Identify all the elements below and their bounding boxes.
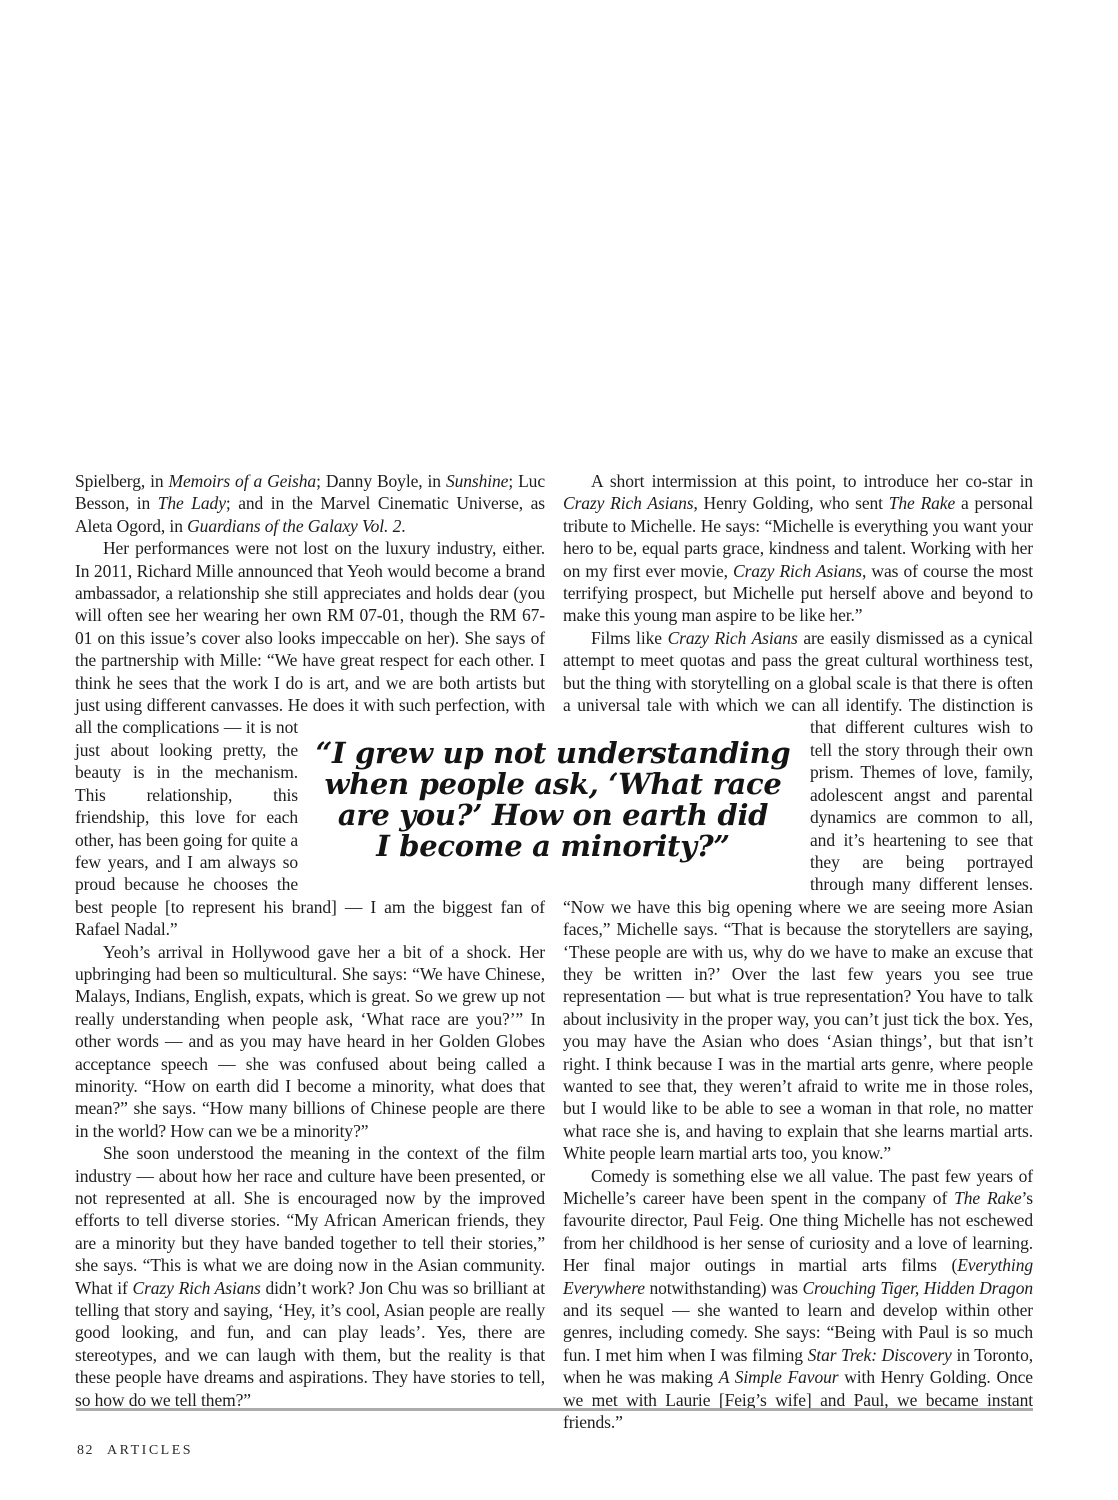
article-body: Spielberg, in Memoirs of a Geisha; Danny… [75, 470, 1033, 1433]
pull-quote: “I grew up not understanding when people… [303, 738, 803, 862]
pull-quote-line: “I grew up not understanding [303, 738, 803, 769]
paragraph: A short intermission at this point, to i… [563, 470, 1033, 627]
left-column: Spielberg, in Memoirs of a Geisha; Danny… [75, 470, 545, 1433]
pull-quote-line: are you?’ How on earth did [303, 800, 803, 831]
paragraph: Comedy is something else we all value. T… [563, 1165, 1033, 1434]
section-label: ARTICLES [107, 1443, 193, 1459]
pull-quote-line: when people ask, ‘What race [303, 769, 803, 800]
pull-quote-line: I become a minority?” [303, 831, 803, 862]
paragraph-text: Films like Crazy Rich Asians are easily … [563, 628, 1033, 715]
page-number: 82 [77, 1443, 94, 1459]
paragraph: Spielberg, in Memoirs of a Geisha; Danny… [75, 470, 545, 537]
paragraph: She soon understood the meaning in the c… [75, 1142, 545, 1411]
paragraph-text: Her performances were not lost on the lu… [75, 538, 545, 715]
paragraph: Yeoh’s arrival in Hollywood gave her a b… [75, 941, 545, 1143]
right-column: A short intermission at this point, to i… [563, 470, 1033, 1433]
footer-rule [76, 1408, 1033, 1411]
page-footer: 82 ARTICLES [77, 1443, 193, 1459]
paragraph: Films like Crazy Rich Asians are easily … [563, 627, 1033, 1165]
magazine-page: Spielberg, in Memoirs of a Geisha; Danny… [0, 0, 1118, 1500]
